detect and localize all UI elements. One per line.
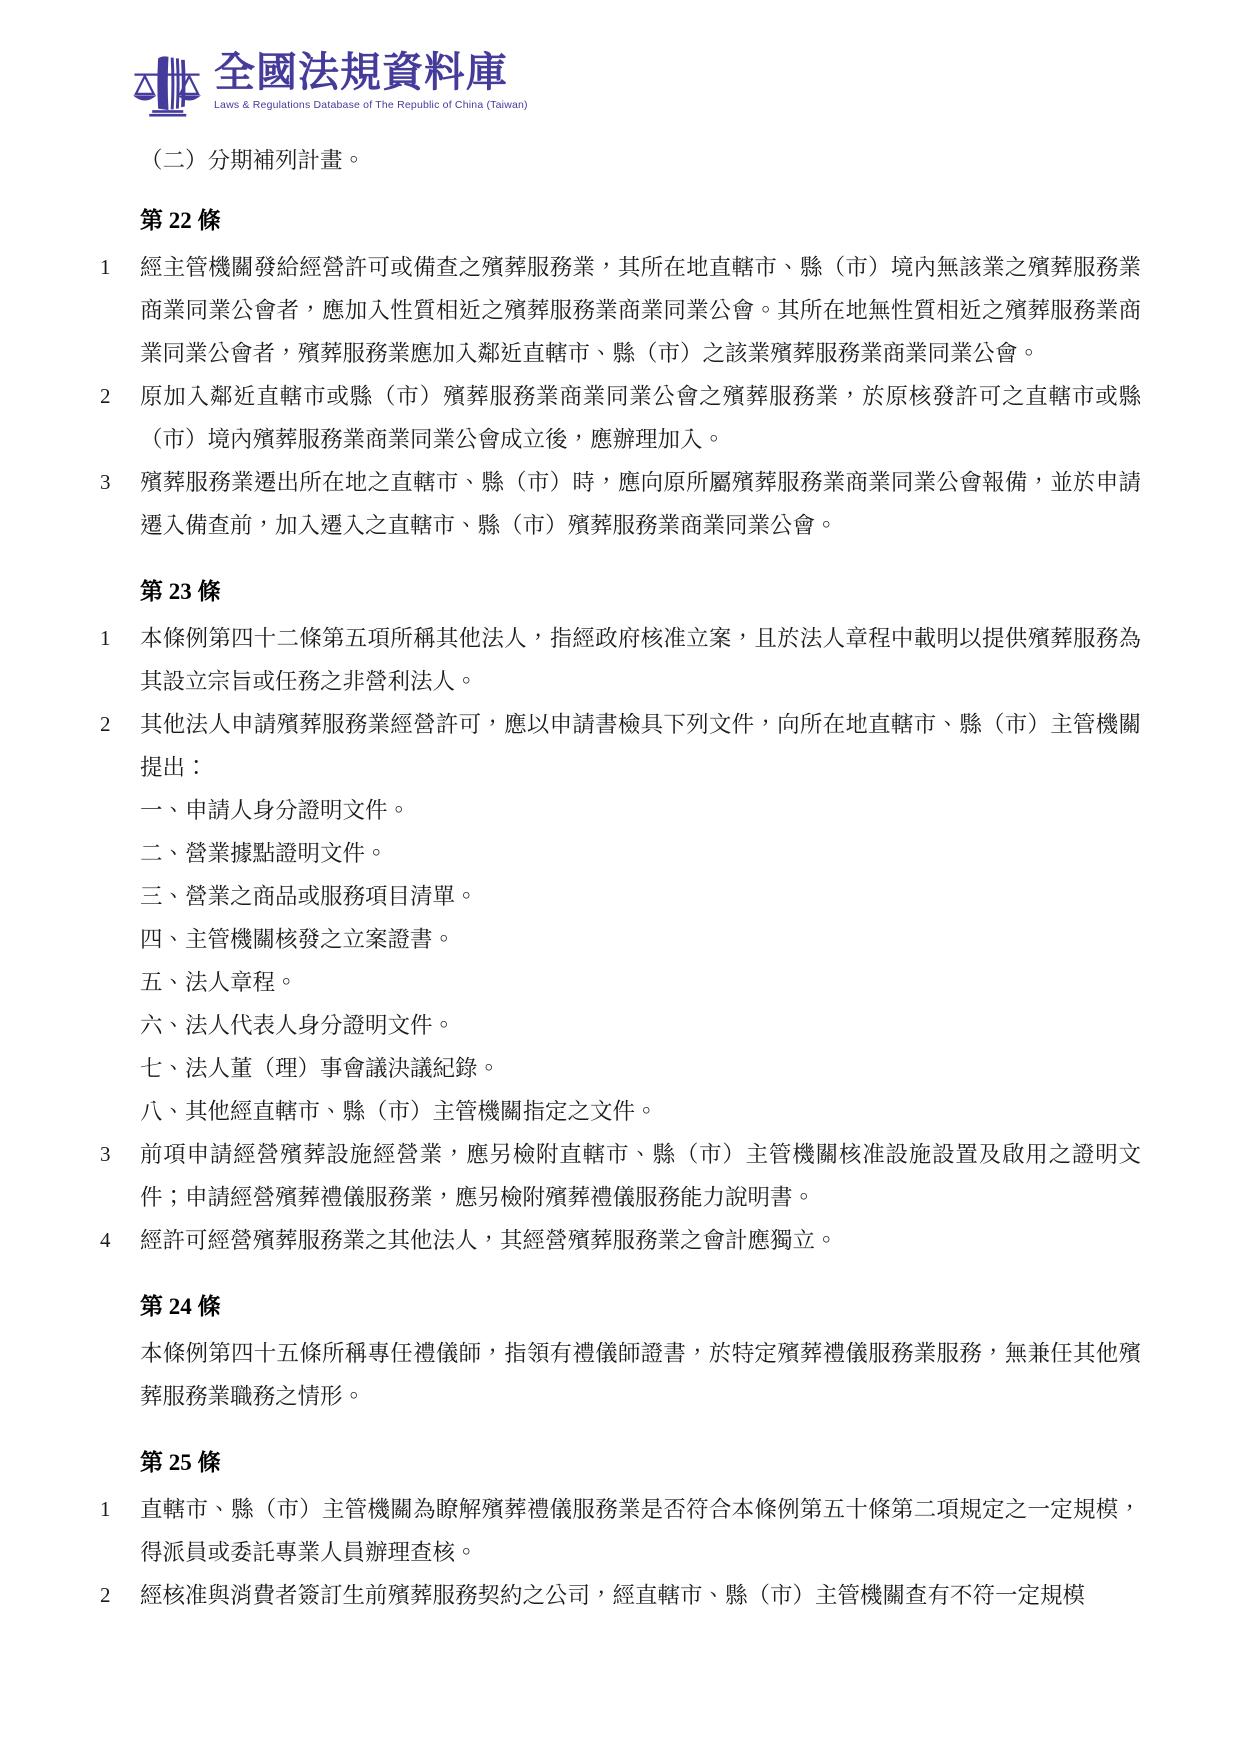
- article-item: 1經主管機關發給經營許可或備查之殯葬服務業，其所在地直轄市、縣（市）境內無該業之…: [100, 246, 1141, 375]
- sublist-item: 八、其他經直轄市、縣（市）主管機關指定之文件。: [140, 1090, 1141, 1133]
- article-item: 2其他法人申請殯葬服務業經營許可，應以申請書檢具下列文件，向所在地直轄市、縣（市…: [100, 703, 1141, 789]
- logo-text: 全國法規資料庫 Laws & Regulations Database of T…: [214, 46, 528, 112]
- article-subitem-row: 四、主管機關核發之立案證書。: [100, 918, 1141, 961]
- logo-subtitle: Laws & Regulations Database of The Repub…: [214, 98, 528, 112]
- item-number: 2: [100, 703, 140, 746]
- item-text: 本條例第四十二條第五項所稱其他法人，指經政府核准立案，且於法人章程中載明以提供殯…: [140, 617, 1141, 703]
- article-subitem-row: 八、其他經直轄市、縣（市）主管機關指定之文件。: [100, 1090, 1141, 1133]
- item-number: 1: [100, 617, 140, 660]
- item-number: 3: [100, 1133, 140, 1176]
- article-heading: 第 23 條: [140, 577, 1141, 607]
- item-text: 經核准與消費者簽訂生前殯葬服務契約之公司，經直轄市、縣（市）主管機關查有不符一定…: [140, 1574, 1141, 1617]
- site-header: 全國法規資料庫 Laws & Regulations Database of T…: [0, 0, 1241, 126]
- sublist-item: 四、主管機關核發之立案證書。: [140, 918, 1141, 961]
- item-text: 殯葬服務業遷出所在地之直轄市、縣（市）時，應向原所屬殯葬服務業商業同業公會報備，…: [140, 461, 1141, 547]
- sublist-item: 三、營業之商品或服務項目清單。: [140, 875, 1141, 918]
- sublist-item: 六、法人代表人身分證明文件。: [140, 1004, 1141, 1047]
- article-heading: 第 25 條: [140, 1448, 1141, 1478]
- item-number: 2: [100, 1574, 140, 1617]
- articles-container: 第 22 條1經主管機關發給經營許可或備查之殯葬服務業，其所在地直轄市、縣（市）…: [100, 206, 1141, 1617]
- article-subitem-row: 二、營業據點證明文件。: [100, 832, 1141, 875]
- article-item: 3殯葬服務業遷出所在地之直轄市、縣（市）時，應向原所屬殯葬服務業商業同業公會報備…: [100, 461, 1141, 547]
- article-section: 第 22 條1經主管機關發給經營許可或備查之殯葬服務業，其所在地直轄市、縣（市）…: [100, 206, 1141, 547]
- item-text: 直轄市、縣（市）主管機關為瞭解殯葬禮儀服務業是否符合本條例第五十條第二項規定之一…: [140, 1488, 1141, 1574]
- item-text: 經主管機關發給經營許可或備查之殯葬服務業，其所在地直轄市、縣（市）境內無該業之殯…: [140, 246, 1141, 375]
- scales-book-icon: [130, 46, 204, 124]
- page: { "header": { "logo_title": "全國法規資料庫", "…: [0, 0, 1241, 1754]
- article-item: 4經許可經營殯葬服務業之其他法人，其經營殯葬服務業之會計應獨立。: [100, 1219, 1141, 1262]
- article-heading: 第 24 條: [140, 1292, 1141, 1322]
- article-heading: 第 22 條: [140, 206, 1141, 236]
- item-number: 1: [100, 1488, 140, 1531]
- article-item: 2原加入鄰近直轄市或縣（市）殯葬服務業商業同業公會之殯葬服務業，於原核發許可之直…: [100, 375, 1141, 461]
- item-text: 原加入鄰近直轄市或縣（市）殯葬服務業商業同業公會之殯葬服務業，於原核發許可之直轄…: [140, 375, 1141, 461]
- sublist-item: 五、法人章程。: [140, 961, 1141, 1004]
- sublist-item: 二、營業據點證明文件。: [140, 832, 1141, 875]
- document-body: （二）分期補列計畫。 第 22 條1經主管機關發給經營許可或備查之殯葬服務業，其…: [0, 126, 1241, 1617]
- article-item: 1本條例第四十二條第五項所稱其他法人，指經政府核准立案，且於法人章程中載明以提供…: [100, 617, 1141, 703]
- site-logo: 全國法規資料庫 Laws & Regulations Database of T…: [130, 46, 1241, 124]
- item-text: 本條例第四十五條所稱專任禮儀師，指領有禮儀師證書，於特定殯葬禮儀服務業服務，無兼…: [140, 1332, 1141, 1418]
- item-number: 4: [100, 1219, 140, 1262]
- article-subitem-row: 七、法人董（理）事會議決議紀錄。: [100, 1047, 1141, 1090]
- article-section: 第 24 條本條例第四十五條所稱專任禮儀師，指領有禮儀師證書，於特定殯葬禮儀服務…: [100, 1292, 1141, 1418]
- item-text: 前項申請經營殯葬設施經營業，應另檢附直轄市、縣（市）主管機關核准設施設置及啟用之…: [140, 1133, 1141, 1219]
- sublist-item: 一、申請人身分證明文件。: [140, 789, 1141, 832]
- article-subitem-row: 一、申請人身分證明文件。: [100, 789, 1141, 832]
- article-item: 1直轄市、縣（市）主管機關為瞭解殯葬禮儀服務業是否符合本條例第五十條第二項規定之…: [100, 1488, 1141, 1574]
- item-number: 1: [100, 246, 140, 289]
- item-number: 2: [100, 375, 140, 418]
- item-text: 經許可經營殯葬服務業之其他法人，其經營殯葬服務業之會計應獨立。: [140, 1219, 1141, 1262]
- sublist-item: 七、法人董（理）事會議決議紀錄。: [140, 1047, 1141, 1090]
- item-number: 3: [100, 461, 140, 504]
- article-item: 2經核准與消費者簽訂生前殯葬服務契約之公司，經直轄市、縣（市）主管機關查有不符一…: [100, 1574, 1141, 1617]
- article-subitem-row: 六、法人代表人身分證明文件。: [100, 1004, 1141, 1047]
- article-item: 3前項申請經營殯葬設施經營業，應另檢附直轄市、縣（市）主管機關核准設施設置及啟用…: [100, 1133, 1141, 1219]
- article-subitem-row: 三、營業之商品或服務項目清單。: [100, 875, 1141, 918]
- article-item: 本條例第四十五條所稱專任禮儀師，指領有禮儀師證書，於特定殯葬禮儀服務業服務，無兼…: [100, 1332, 1141, 1418]
- article-subitem-row: 五、法人章程。: [100, 961, 1141, 1004]
- article-section: 第 25 條1直轄市、縣（市）主管機關為瞭解殯葬禮儀服務業是否符合本條例第五十條…: [100, 1448, 1141, 1617]
- item-text: 其他法人申請殯葬服務業經營許可，應以申請書檢具下列文件，向所在地直轄市、縣（市）…: [140, 703, 1141, 789]
- intro-list-item: （二）分期補列計畫。: [140, 146, 1141, 176]
- logo-title: 全國法規資料庫: [214, 46, 528, 98]
- article-section: 第 23 條1本條例第四十二條第五項所稱其他法人，指經政府核准立案，且於法人章程…: [100, 577, 1141, 1262]
